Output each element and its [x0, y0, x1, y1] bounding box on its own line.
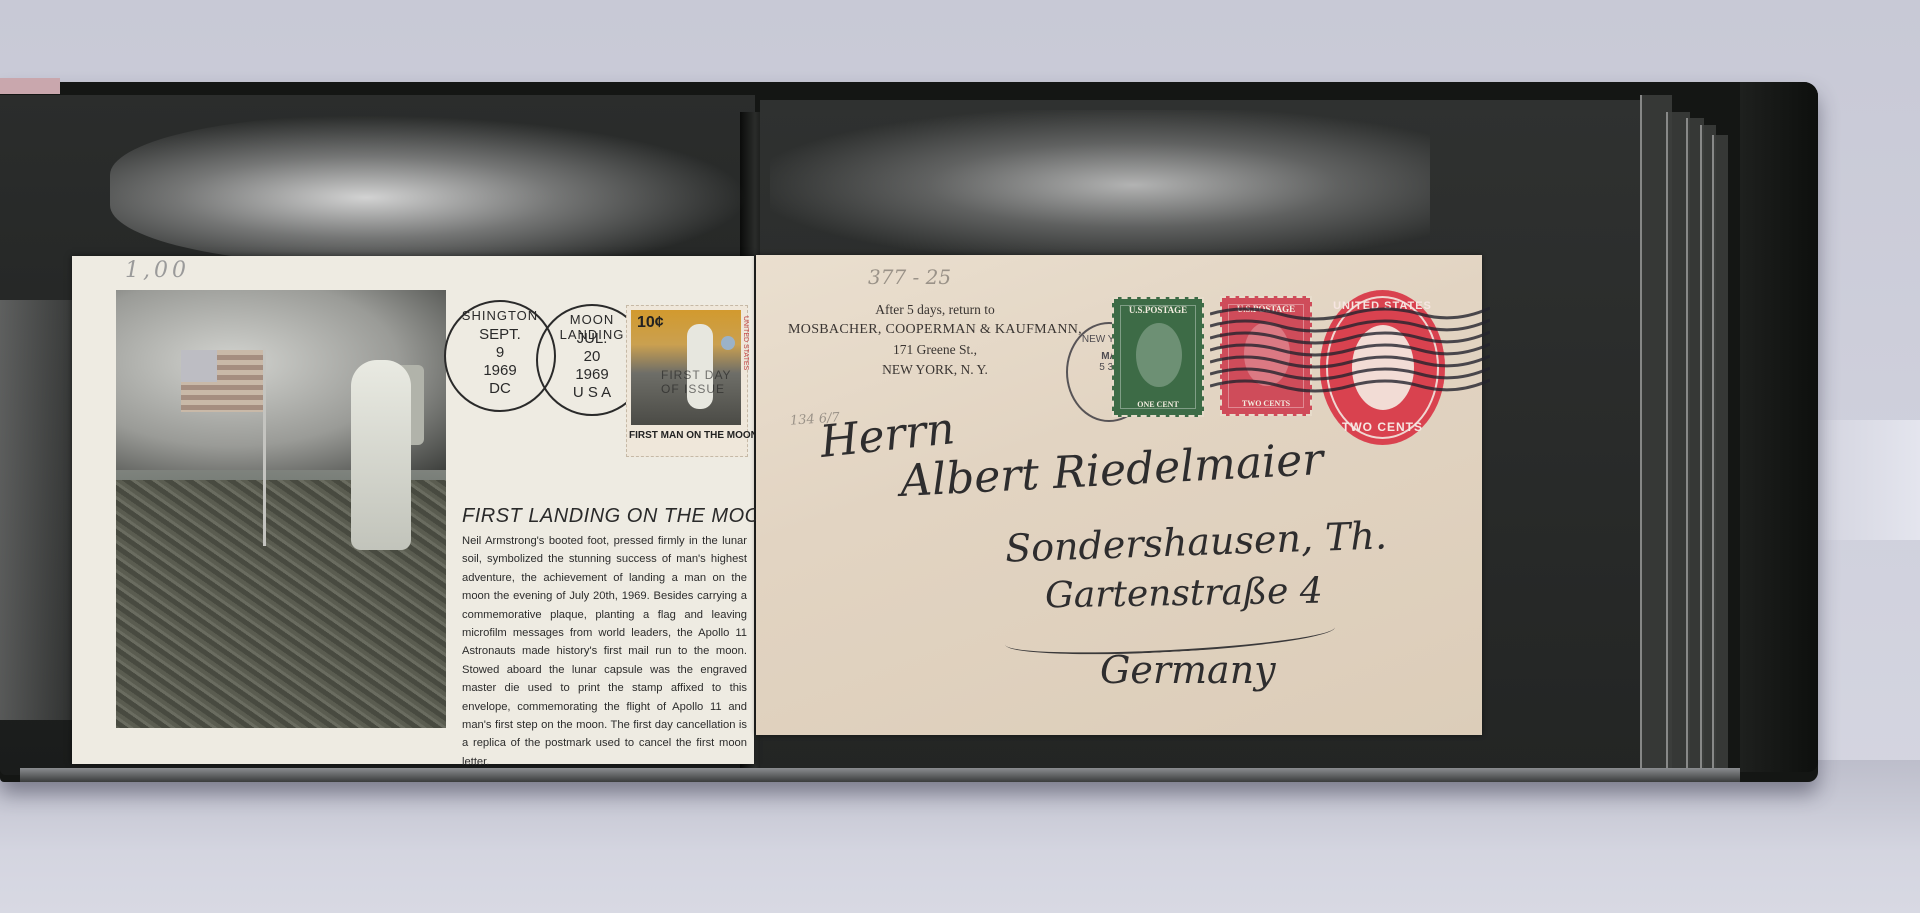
- first-man-on-moon-stamp[interactable]: 10¢ FIRST DAY OF ISSUE UNITED STATES FIR…: [626, 305, 748, 457]
- indicia-value: TWO CENTS: [1320, 420, 1445, 434]
- us-flag: [181, 350, 263, 412]
- red-tab: [0, 78, 60, 94]
- stamp-earth: [721, 336, 735, 350]
- return-street: 171 Greene St.,: [775, 340, 1095, 360]
- return-firm: MOSBACHER, COOPERMAN & KAUFMANN,: [775, 320, 1095, 340]
- pencil-price: 1,00: [125, 258, 190, 283]
- sleeve-glare: [770, 110, 1430, 260]
- one-cent-stamp[interactable]: U.S.POSTAGE ONE CENT: [1112, 297, 1204, 417]
- astronaut-figure: [351, 360, 411, 550]
- handwritten-street: Gartenstraße 4: [1045, 571, 1323, 617]
- first-day-cancel: FIRST DAY OF ISSUE: [661, 368, 741, 396]
- return-instruction: After 5 days, return to: [775, 300, 1095, 320]
- stamp-astronaut: [687, 324, 713, 409]
- stamp-value: ONE CENT: [1114, 400, 1202, 409]
- pencil-catalog-number: 377 - 25: [868, 265, 951, 289]
- stamp-denomination: 10¢: [637, 314, 664, 332]
- flag-canton: [181, 350, 217, 382]
- stamp-label: U.S.POSTAGE: [1114, 305, 1202, 315]
- album-back-board: [1740, 82, 1818, 772]
- handwritten-country: Germany: [1100, 648, 1276, 692]
- moon-landing-photo: [116, 290, 446, 728]
- page-sleeve[interactable]: [1712, 135, 1728, 775]
- background-paper-fold: [1815, 420, 1920, 540]
- album-bottom-edge: [20, 768, 1740, 782]
- flag-pole: [263, 346, 266, 546]
- return-city: NEW YORK, N. Y.: [775, 360, 1095, 380]
- return-address: After 5 days, return to MOSBACHER, COOPE…: [775, 300, 1095, 380]
- cover-description: Neil Armstrong's booted foot, pressed fi…: [462, 532, 747, 771]
- table-surface: [0, 760, 1920, 913]
- franklin-portrait: [1136, 323, 1182, 387]
- stamp-artwork: 10¢ FIRST DAY OF ISSUE: [631, 310, 741, 425]
- stamp-country: UNITED STATES: [741, 316, 749, 370]
- stamp-caption: FIRST MAN ON THE MOON: [629, 430, 747, 441]
- sleeve-glare: [110, 115, 750, 265]
- machine-cancel-lines: [1210, 300, 1490, 410]
- cover-title: FIRST LANDING ON THE MOON: [462, 505, 776, 528]
